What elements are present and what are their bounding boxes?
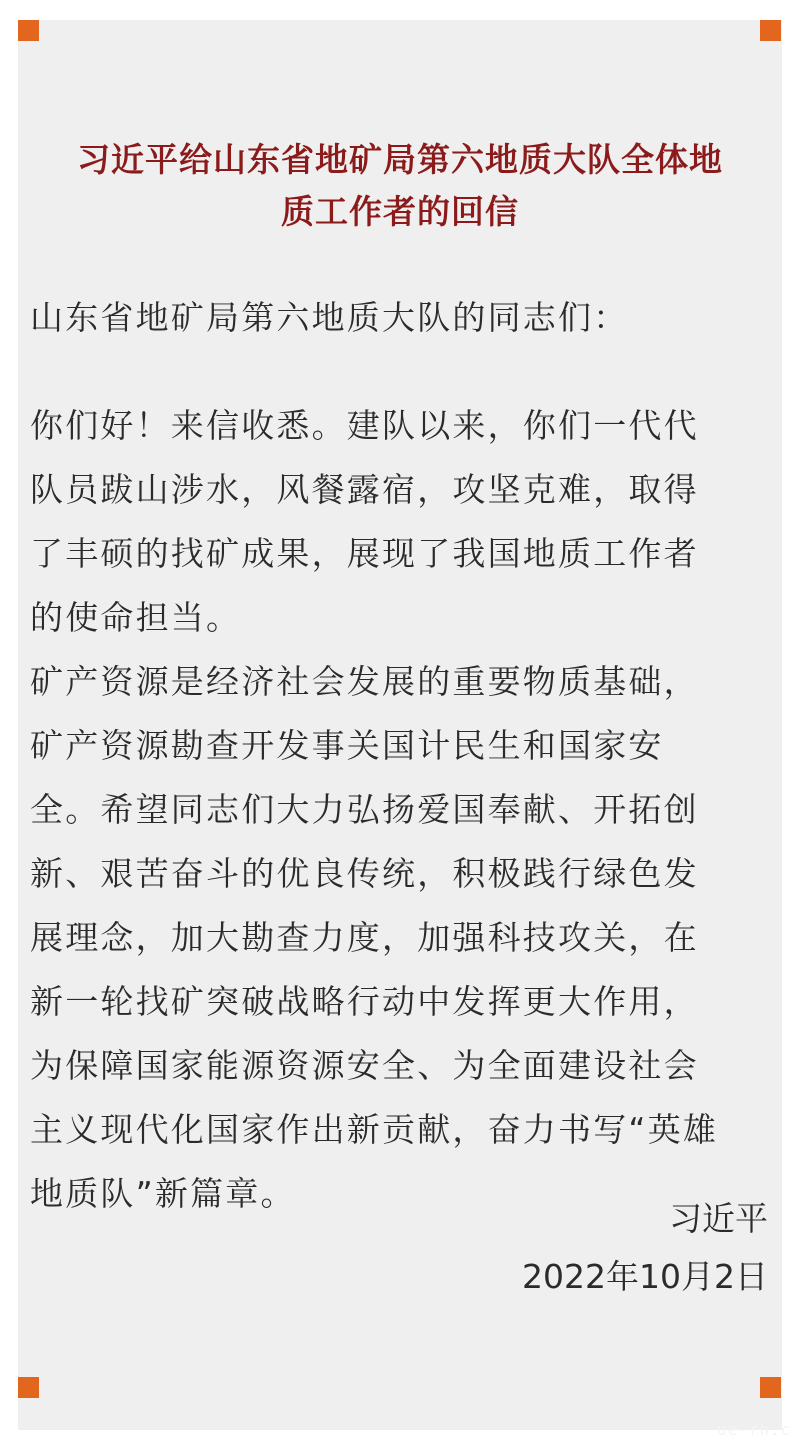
salutation-text: 山东省地矿局第六地质大队的同志们： (30, 286, 775, 350)
corner-square-icon-bottom-right (760, 1377, 781, 1398)
paragraph-2-line: 矿产资源是经济社会发展的重要物质基础， (30, 650, 775, 714)
letter-title: 习近平给山东省地矿局第六地质大队全体地 质工作者的回信 (40, 134, 760, 238)
paragraph-2-line: 全。希望同志们大力弘扬爱国奉献、开拓创 (30, 778, 775, 842)
signature-name: 习近平 (522, 1190, 768, 1248)
paragraph-2: 矿产资源是经济社会发展的重要物质基础， 矿产资源勘查开发事关国计民生和国家安 全… (30, 650, 775, 1226)
paragraph-2-line: 矿产资源勘查开发事关国计民生和国家安 (30, 714, 775, 778)
corner-square-icon-top-right (760, 20, 781, 41)
salutation: 山东省地矿局第六地质大队的同志们： (30, 286, 775, 350)
paragraph-2-line: 新一轮找矿突破战略行动中发挥更大作用， (30, 970, 775, 1034)
paragraph-1-line: 的使命担当。 (30, 586, 775, 650)
watermark: ue-rh.c (717, 1420, 791, 1439)
paragraph-1-line: 队员跋山涉水，风餐露宿，攻坚克难，取得 (30, 458, 775, 522)
paragraph-1: 你们好！来信收悉。建队以来，你们一代代 队员跋山涉水，风餐露宿，攻坚克难，取得 … (30, 394, 775, 650)
paragraph-1-line: 你们好！来信收悉。建队以来，你们一代代 (30, 394, 775, 458)
corner-square-icon-bottom-left (18, 1377, 39, 1398)
title-line-1: 习近平给山东省地矿局第六地质大队全体地 (40, 134, 760, 186)
signature-date: 2022年10月2日 (522, 1248, 768, 1306)
signature-block: 习近平 2022年10月2日 (522, 1190, 768, 1306)
paragraph-2-line: 主义现代化国家作出新贡献，奋力书写“英雄 (30, 1098, 775, 1162)
title-line-2: 质工作者的回信 (40, 186, 760, 238)
paragraph-1-line: 了丰硕的找矿成果，展现了我国地质工作者 (30, 522, 775, 586)
corner-square-icon-top-left (18, 20, 39, 41)
paragraph-2-line: 为保障国家能源资源安全、为全面建设社会 (30, 1034, 775, 1098)
paragraph-2-line: 展理念，加大勘查力度，加强科技攻关，在 (30, 906, 775, 970)
paragraph-2-line: 新、艰苦奋斗的优良传统，积极践行绿色发 (30, 842, 775, 906)
